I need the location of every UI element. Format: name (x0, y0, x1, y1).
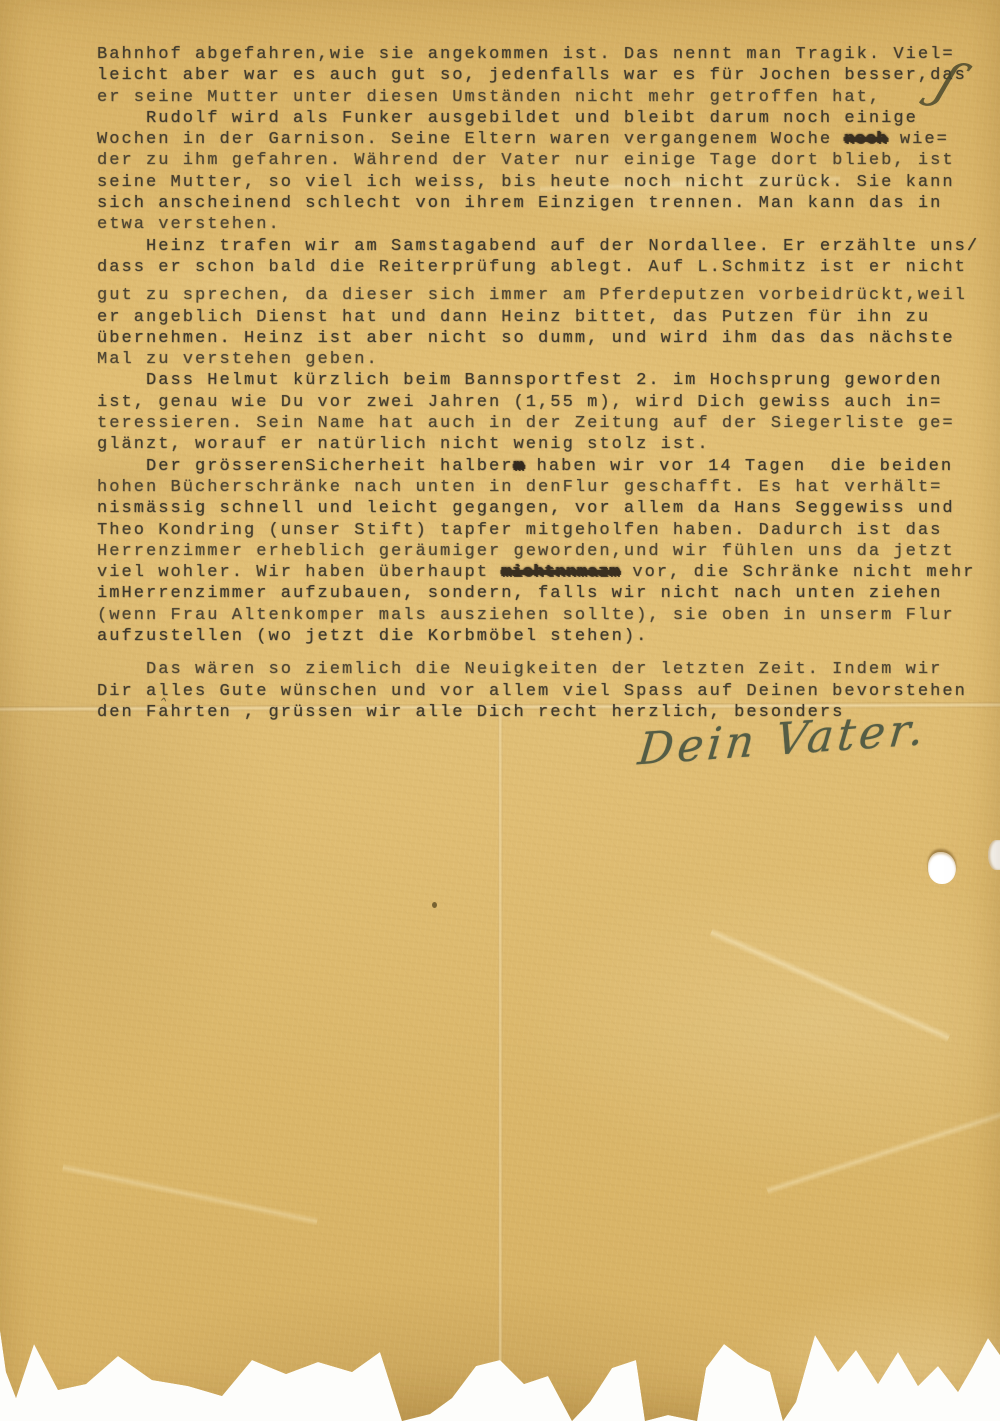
letter-line: ist, genau wie Du vor zwei Jahren (1,55 … (97, 392, 1000, 413)
letter-line: Wochen in der Garnison. Seine Eltern war… (97, 129, 1000, 150)
letter-line: Rudolf wird als Funker ausgebildet und b… (97, 108, 1000, 129)
struck-out-text: noch (844, 130, 887, 149)
letter-line: dass er schon bald die Reiterprüfung abl… (97, 257, 1000, 278)
letter-line: viel wohler. Wir haben überhaupt michtnn… (97, 562, 1000, 583)
letter-line: aufzustellen (wo jetzt die Korbmöbel ste… (97, 626, 1000, 647)
letter-line: hohen Bücherschränke nach unten in denFl… (97, 477, 1000, 498)
letter-line: übernehmen. Heinz ist aber nicht so dumm… (97, 328, 1000, 349)
struck-out-text: michtnnmazm (501, 563, 620, 582)
letter-line: Dass Helmut kürzlich beim Bannsportfest … (97, 370, 1000, 391)
letter-page: Bahnhof abgefahren,wie sie angekommen is… (0, 0, 1000, 1421)
letter-line: Dir alles Gute wünschen und vor allem vi… (97, 681, 1000, 702)
paper-crease (766, 1094, 1000, 1195)
letter-line: leicht aber war es auch gut so, jedenfal… (97, 65, 1000, 86)
letter-line: Der grösserenSicherheit halberm haben wi… (97, 456, 1000, 477)
letter-line: er angeblich Dienst hat und dann Heinz b… (97, 307, 1000, 328)
letter-line: sich anscheinend schlecht von ihrem Einz… (97, 193, 1000, 214)
letter-line: Theo Kondring (unser Stift) tapfer mitge… (97, 520, 1000, 541)
paper-crease (62, 1163, 318, 1226)
struck-out-text: m (514, 457, 525, 476)
letter-line: etwa verstehen. (97, 214, 1000, 235)
letter-line: imHerrenzimmer aufzubauen, sondern, fall… (97, 583, 1000, 604)
letter-line: Bahnhof abgefahren,wie sie angekommen is… (97, 44, 1000, 65)
paper-edge-nick (988, 840, 1000, 870)
letter-line: glänzt, worauf er natürlich nicht wenig … (97, 434, 1000, 455)
letter-line: nismässig schnell und leicht gegangen, v… (97, 498, 1000, 519)
letter-line: Heinz trafen wir am Samstagabend auf der… (97, 236, 1000, 257)
letter-line: der zu ihm gefahren. Während der Vater n… (97, 150, 1000, 171)
letter-line: seine Mutter, so viel ich weiss, bis heu… (97, 172, 1000, 193)
scanned-letter: Bahnhof abgefahren,wie sie angekommen is… (0, 0, 1000, 1421)
letter-line: Das wären so ziemlich die Neuigkeiten de… (97, 659, 1000, 680)
ink-speck (432, 902, 437, 908)
letter-line: gut zu sprechen, da dieser sich immer am… (97, 285, 1000, 306)
letter-line: er seine Mutter unter diesen Umständen n… (97, 87, 1000, 108)
vertical-fold-line (498, 705, 503, 1421)
paper-crease (709, 928, 951, 1043)
letter-line: Herrenzimmer erheblich geräumiger geword… (97, 541, 1000, 562)
letter-line: teressieren. Sein Name hat auch in der Z… (97, 413, 1000, 434)
letter-line (97, 647, 1000, 659)
paper-hole (928, 852, 956, 884)
letter-line: (wenn Frau Altenkomper mals ausziehen so… (97, 605, 1000, 626)
letter-text: Bahnhof abgefahren,wie sie angekommen is… (97, 44, 1000, 723)
letter-line: Mal zu verstehen geben. (97, 349, 1000, 370)
